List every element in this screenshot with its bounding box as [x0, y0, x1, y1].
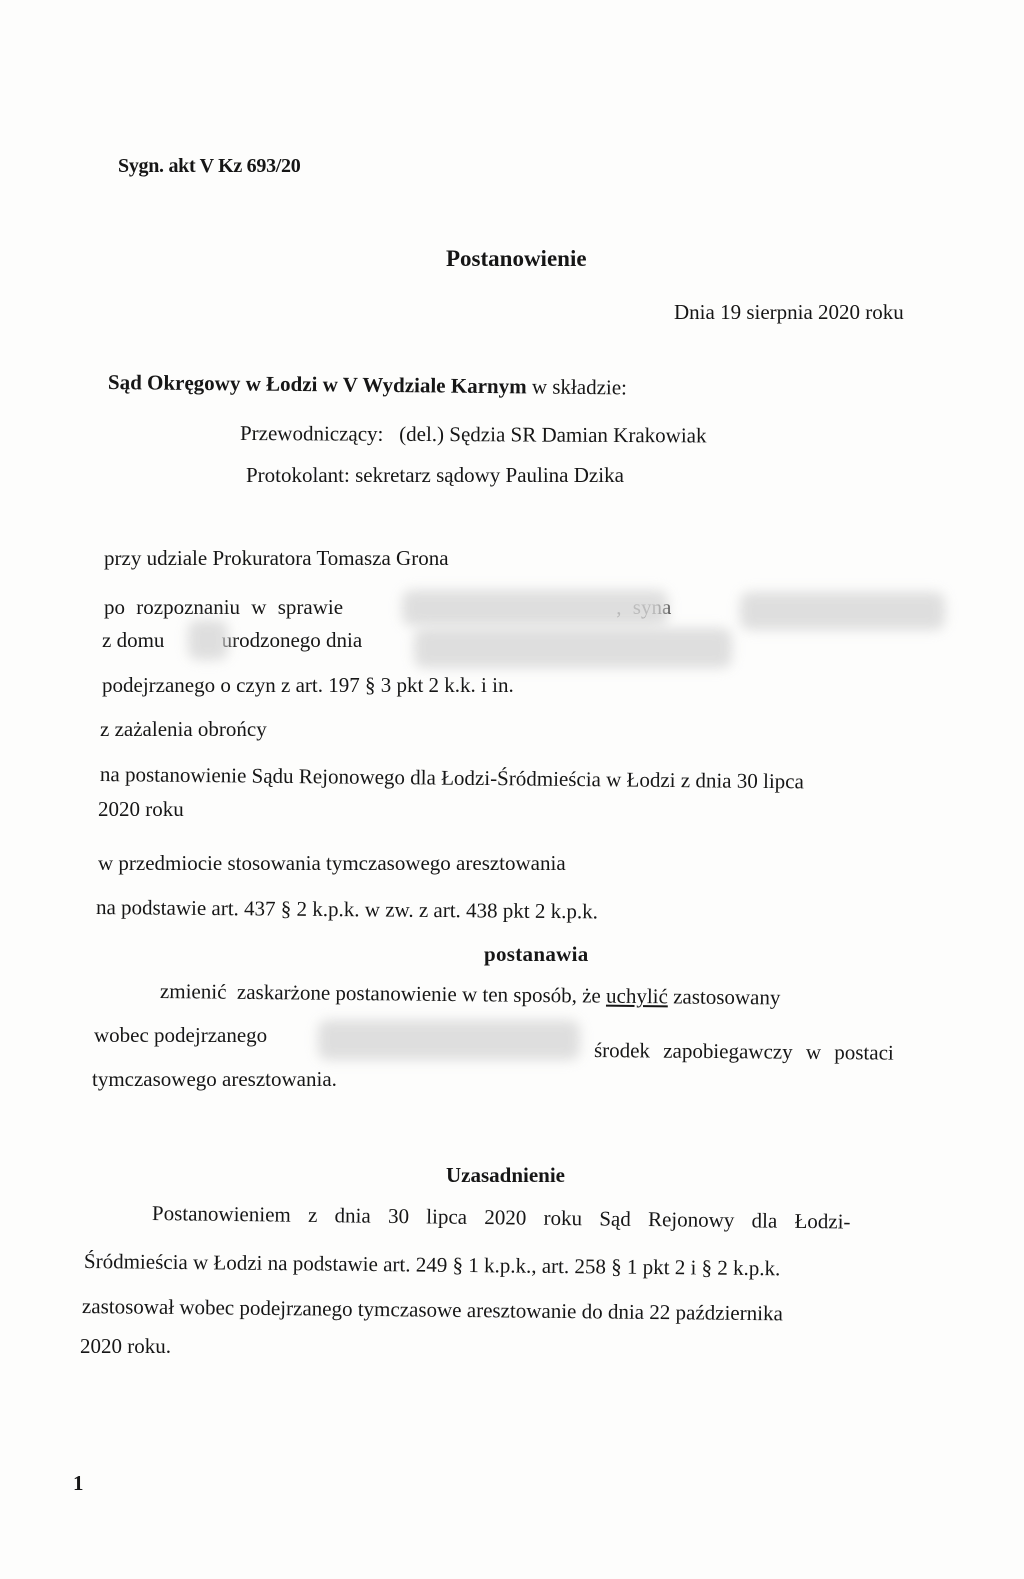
justification-heading: Uzasadnienie [446, 1162, 565, 1188]
redacted-family-name [188, 620, 228, 660]
birth-line: z domu urodzonego dnia [102, 627, 362, 653]
document-title: Postanowienie [446, 246, 587, 272]
redacted-suspect-name [318, 1020, 580, 1060]
charge-line: podejrzanego o czyn z art. 197 § 3 pkt 2… [102, 672, 514, 698]
document-date: Dnia 19 sierpnia 2020 roku [674, 299, 904, 325]
ruling-text: zmienić zaskarżone postanowienie w ten s… [160, 979, 606, 1008]
court-clerk: Protokolant: sekretarz sądowy Paulina Dz… [246, 462, 624, 488]
ruling-line-3: tymczasowego aresztowania. [92, 1066, 337, 1092]
court-suffix: w składzie: [527, 374, 628, 399]
appealed-decision-year: 2020 roku [98, 796, 184, 822]
birth-date-label: urodzonego dnia [222, 628, 363, 652]
page-number: 1 [73, 1470, 84, 1496]
justification-line: Śródmieścia w Łodzi na podstawie art. 24… [84, 1248, 781, 1281]
case-line-text: po rozpoznaniu w sprawie [104, 595, 343, 619]
redacted-birth-date [414, 628, 732, 668]
decision-heading: postanawia [484, 941, 589, 967]
prosecutor-line: przy udziale Prokuratora Tomasza Grona [104, 545, 449, 571]
ruling-line-2-start: wobec podejrzanego [94, 1022, 267, 1048]
ruling-line-1: zmienić zaskarżone postanowienie w ten s… [160, 978, 781, 1010]
ruling-line-2-end: środek zapobiegawczy w postaci [594, 1037, 894, 1066]
justification-line: 2020 roku. [80, 1333, 171, 1359]
document-page: Sygn. akt V Kz 693/20 Postanowienie Dnia… [0, 0, 1024, 1579]
court-composition: Sąd Okręgowy w Łodzi w V Wydziale Karnym… [108, 369, 627, 400]
justification-line: Postanowieniem z dnia 30 lipca 2020 roku… [152, 1200, 851, 1235]
court-name: Sąd Okręgowy w Łodzi w V Wydziale Karnym [108, 370, 527, 398]
legal-basis-line: na podstawie art. 437 § 2 k.p.k. w zw. z… [96, 894, 598, 924]
justification-line: zastosował wobec podejrzanego tymczasowe… [82, 1293, 783, 1326]
redacted-suspect-name [402, 590, 668, 626]
redacted-father-name [740, 592, 945, 630]
appealed-decision-line: na postanowienie Sądu Rejonowego dla Łod… [100, 761, 804, 794]
ruling-underlined-word: uchylić [606, 984, 668, 1009]
ruling-text-end: zastosowany [668, 984, 781, 1009]
presiding-judge: Przewodniczący: (del.) Sędzia SR Damian … [240, 420, 707, 448]
family-name-label: z domu [102, 628, 164, 652]
complaint-line: z zażalenia obrońcy [100, 716, 267, 742]
case-number: Sygn. akt V Kz 693/20 [118, 153, 300, 179]
subject-line: w przedmiocie stosowania tymczasowego ar… [98, 850, 566, 876]
